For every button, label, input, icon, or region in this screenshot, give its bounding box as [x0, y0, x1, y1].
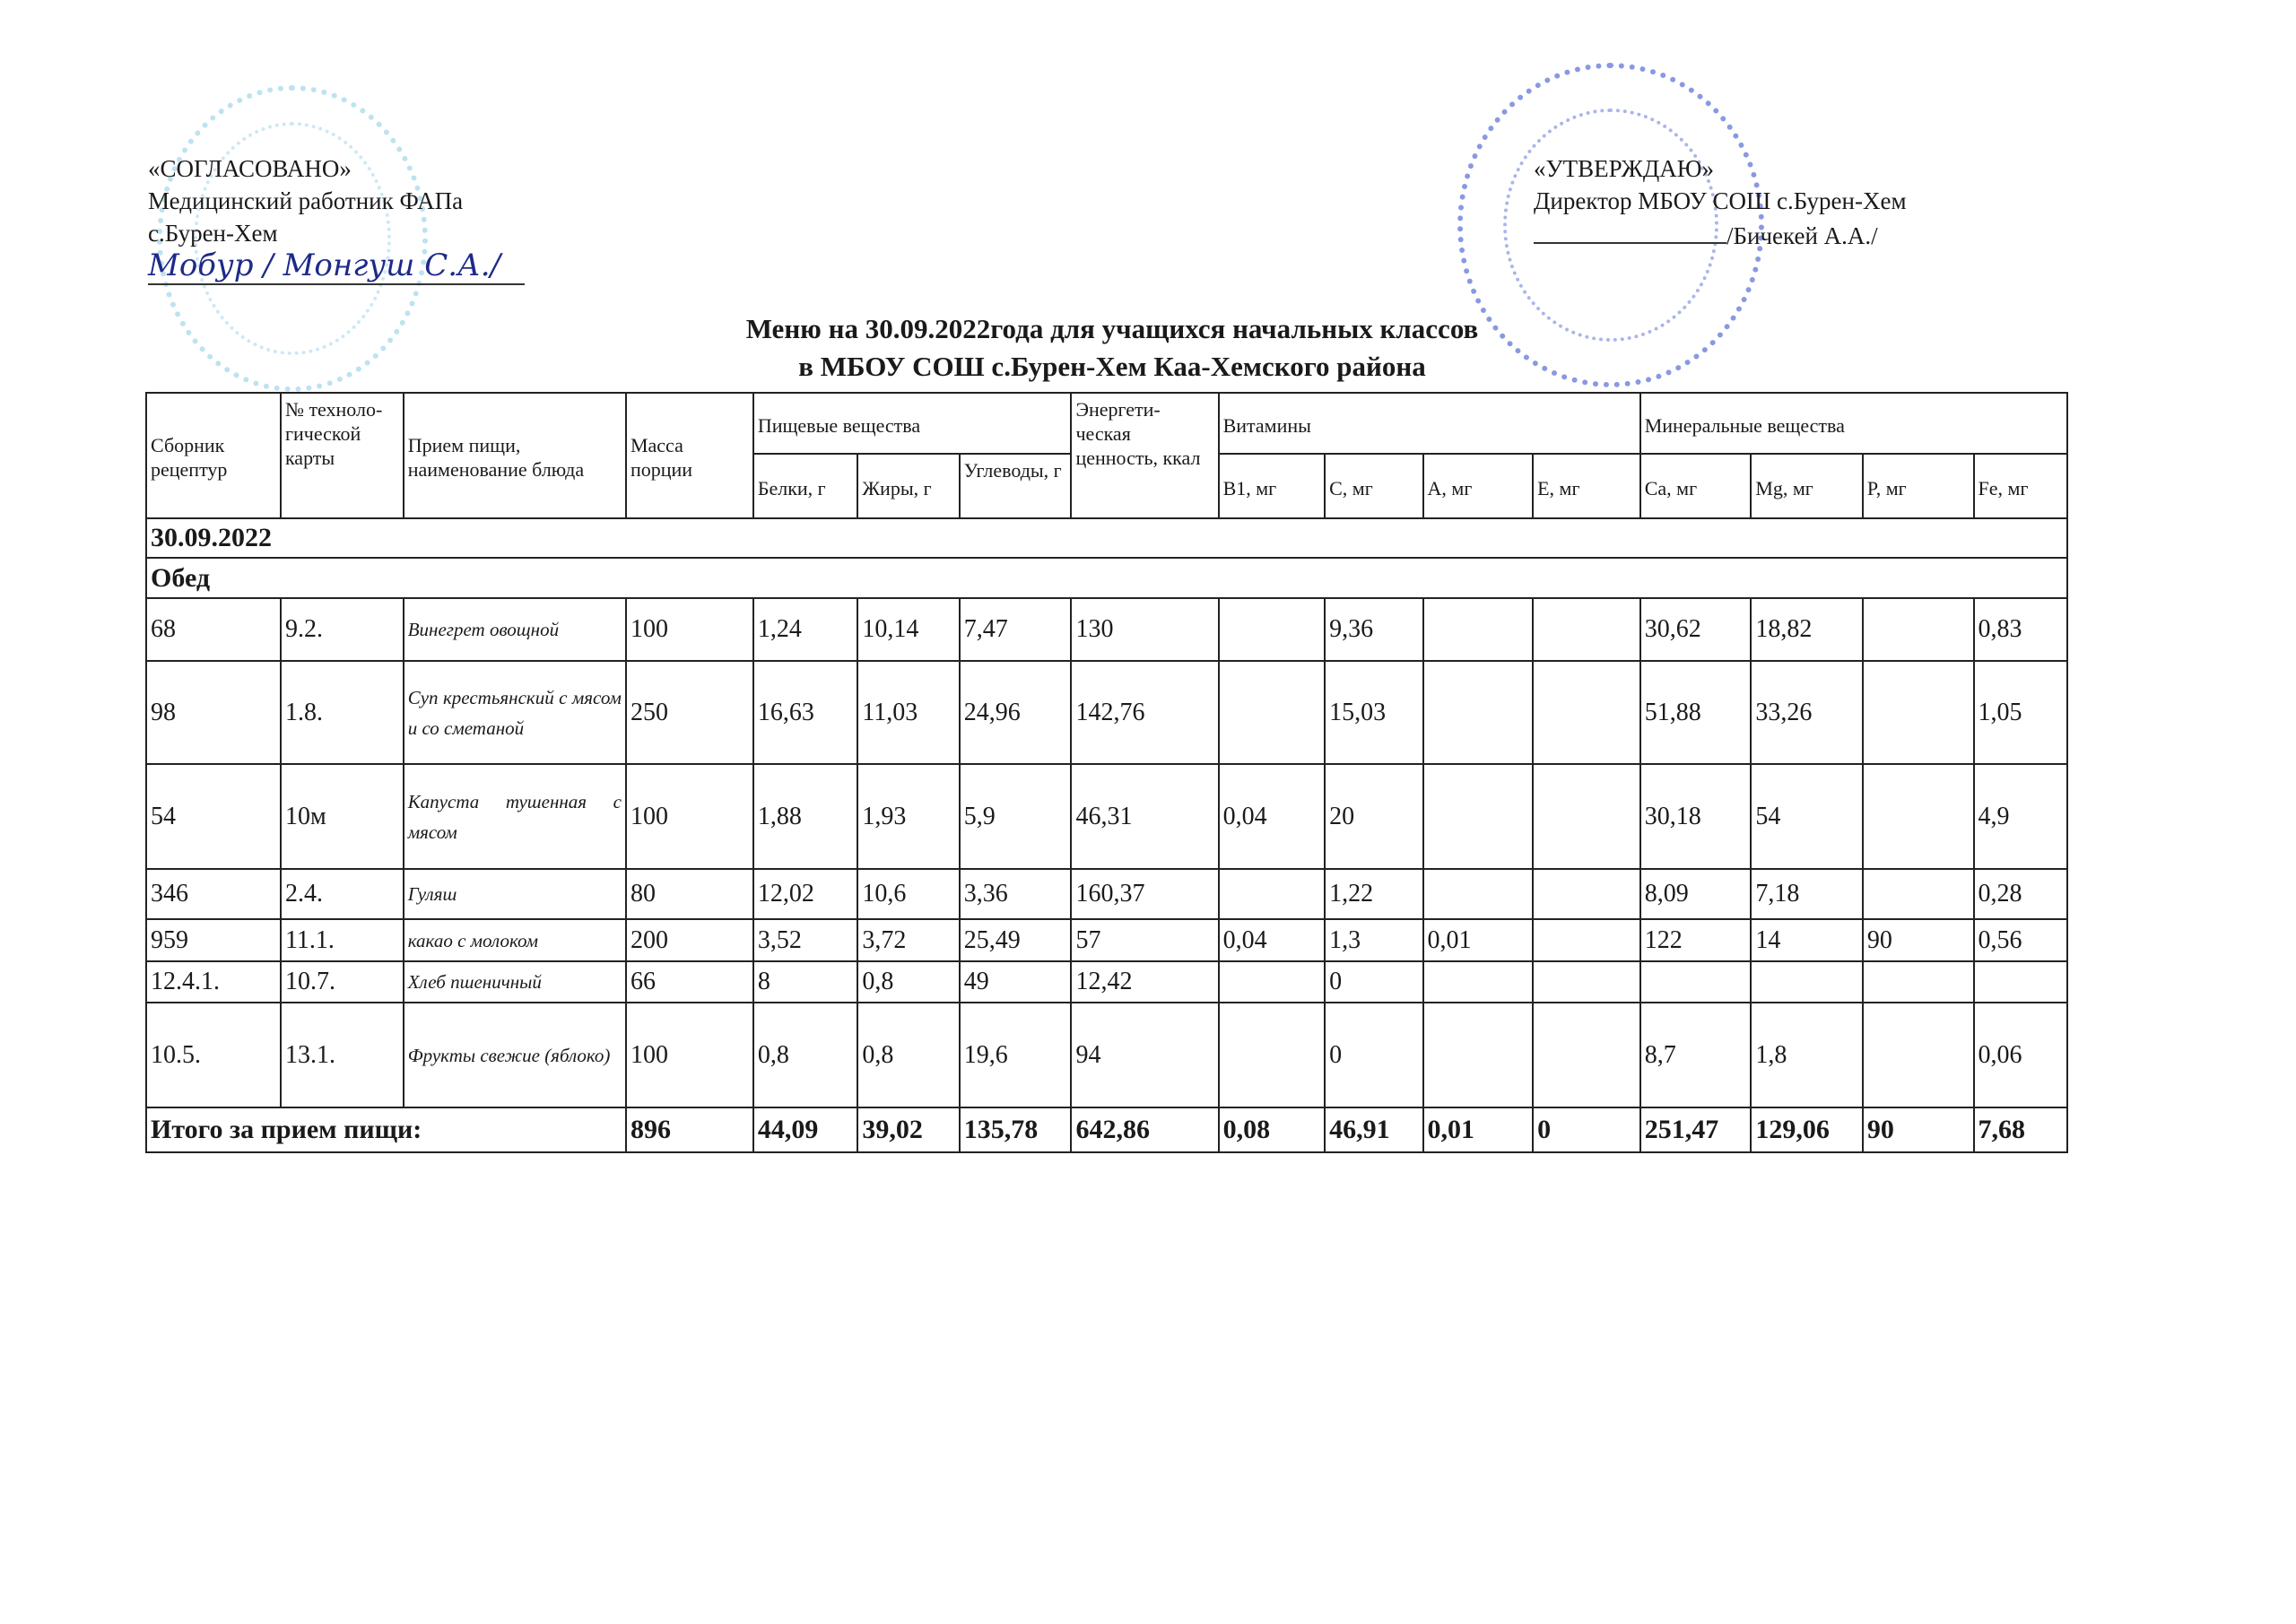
cell-dish: какао с молоком: [404, 919, 626, 961]
table-row: 5410мКапуста тушенная с мясом1001,881,93…: [146, 764, 2067, 869]
cell-a: [1423, 869, 1534, 919]
cell-protein: 8: [753, 961, 858, 1003]
cell-a: [1423, 661, 1534, 764]
cell-dish: Хлеб пшеничный: [404, 961, 626, 1003]
cell-mg: 33,26: [1751, 661, 1863, 764]
cell-dish: Суп крестьянский с мясом и со сметаной: [404, 661, 626, 764]
cell-b1: [1219, 661, 1326, 764]
approval-right-signature-line: [1534, 217, 1726, 244]
cell-energy: 12,42: [1071, 961, 1218, 1003]
cell-fat: 0,8: [857, 1003, 959, 1107]
table-row: 10.5.13.1.Фрукты свежие (яблоко)1000,80,…: [146, 1003, 2067, 1107]
cell-fat: 3,72: [857, 919, 959, 961]
cell-c: 0: [1325, 1003, 1422, 1107]
cell-ca: 122: [1640, 919, 1752, 961]
cell-a: [1423, 1003, 1534, 1107]
cell-a: 0,01: [1423, 919, 1534, 961]
cell-b1: [1219, 961, 1326, 1003]
meal-row: Обед: [146, 558, 2067, 598]
cell-fe: 0,28: [1974, 869, 2067, 919]
header-collection: Сборник рецептур: [146, 393, 281, 518]
cell-e: [1533, 1003, 1640, 1107]
cell-energy: 94: [1071, 1003, 1218, 1107]
cell-carbs: 49: [960, 961, 1072, 1003]
cell-fat: 10,6: [857, 869, 959, 919]
approval-left-signature: Мобур / Монгуш С.А./: [148, 248, 500, 283]
header-vitamins: Витамины: [1219, 393, 1640, 454]
cell-ca: 30,62: [1640, 598, 1752, 661]
cell-energy: 160,37: [1071, 869, 1218, 919]
table-row: 981.8.Суп крестьянский с мясом и со смет…: [146, 661, 2067, 764]
total-b1: 0,08: [1219, 1107, 1326, 1152]
total-p: 90: [1863, 1107, 1974, 1152]
cell-collection: 346: [146, 869, 281, 919]
header-row-1: Сборник рецептур № техноло-гической карт…: [146, 393, 2067, 454]
cell-fe: 0,83: [1974, 598, 2067, 661]
cell-e: [1533, 869, 1640, 919]
cell-b1: [1219, 1003, 1326, 1107]
total-ca: 251,47: [1640, 1107, 1752, 1152]
cell-mg: 14: [1751, 919, 1863, 961]
date-row: 30.09.2022: [146, 518, 2067, 558]
date-cell: 30.09.2022: [146, 518, 2067, 558]
header-fe: Fe, мг: [1974, 454, 2067, 518]
cell-c: 9,36: [1325, 598, 1422, 661]
cell-ca: [1640, 961, 1752, 1003]
cell-card: 2.4.: [281, 869, 404, 919]
cell-portion: 100: [626, 764, 753, 869]
cell-a: [1423, 598, 1534, 661]
cell-p: [1863, 869, 1974, 919]
header-nutrients: Пищевые вещества: [753, 393, 1072, 454]
table-row: 12.4.1.10.7.Хлеб пшеничный6680,84912,420: [146, 961, 2067, 1003]
cell-p: [1863, 961, 1974, 1003]
cell-a: [1423, 764, 1534, 869]
cell-portion: 100: [626, 1003, 753, 1107]
cell-b1: [1219, 869, 1326, 919]
total-carbs: 135,78: [960, 1107, 1072, 1152]
total-fat: 39,02: [857, 1107, 959, 1152]
cell-ca: 30,18: [1640, 764, 1752, 869]
cell-card: 10м: [281, 764, 404, 869]
table-row: 3462.4.Гуляш8012,0210,63,36160,371,228,0…: [146, 869, 2067, 919]
total-energy: 642,86: [1071, 1107, 1218, 1152]
cell-carbs: 25,49: [960, 919, 1072, 961]
header-meal-dish: Прием пищи, наименование блюда: [404, 393, 626, 518]
cell-dish: Фрукты свежие (яблоко): [404, 1003, 626, 1107]
cell-energy: 57: [1071, 919, 1218, 961]
cell-card: 10.7.: [281, 961, 404, 1003]
cell-energy: 130: [1071, 598, 1218, 661]
cell-e: [1533, 764, 1640, 869]
approval-block-right: «УТВЕРЖДАЮ» Директор МБОУ СОШ с.Бурен-Хе…: [1534, 152, 1907, 252]
cell-p: [1863, 1003, 1974, 1107]
cell-c: 15,03: [1325, 661, 1422, 764]
cell-c: 20: [1325, 764, 1422, 869]
cell-mg: [1751, 961, 1863, 1003]
cell-fe: 0,56: [1974, 919, 2067, 961]
cell-collection: 98: [146, 661, 281, 764]
cell-protein: 1,88: [753, 764, 858, 869]
cell-protein: 16,63: [753, 661, 858, 764]
cell-c: 1,22: [1325, 869, 1422, 919]
approval-right-name: /Бичекей А.А./: [1726, 222, 1878, 249]
cell-dish: Капуста тушенная с мясом: [404, 764, 626, 869]
cell-protein: 3,52: [753, 919, 858, 961]
table-row: 95911.1.какао с молоком2003,523,7225,495…: [146, 919, 2067, 961]
cell-a: [1423, 961, 1534, 1003]
cell-p: [1863, 764, 1974, 869]
cell-p: [1863, 661, 1974, 764]
cell-collection: 68: [146, 598, 281, 661]
approval-left-place: с.Бурен-Хем: [148, 217, 525, 249]
header-fat: Жиры, г: [857, 454, 959, 518]
cell-mg: 54: [1751, 764, 1863, 869]
cell-collection: 54: [146, 764, 281, 869]
total-protein: 44,09: [753, 1107, 858, 1152]
cell-energy: 46,31: [1071, 764, 1218, 869]
cell-collection: 12.4.1.: [146, 961, 281, 1003]
cell-carbs: 3,36: [960, 869, 1072, 919]
cell-ca: 51,88: [1640, 661, 1752, 764]
header-tech-card: № техноло-гической карты: [281, 393, 404, 518]
total-mg: 129,06: [1751, 1107, 1863, 1152]
cell-fe: 4,9: [1974, 764, 2067, 869]
cell-p: [1863, 598, 1974, 661]
cell-e: [1533, 961, 1640, 1003]
total-a: 0,01: [1423, 1107, 1534, 1152]
approval-right-role: Директор МБОУ СОШ с.Бурен-Хем: [1534, 185, 1907, 217]
cell-p: 90: [1863, 919, 1974, 961]
cell-carbs: 5,9: [960, 764, 1072, 869]
cell-card: 1.8.: [281, 661, 404, 764]
cell-c: 0: [1325, 961, 1422, 1003]
header-carbs: Углеводы, г: [960, 454, 1072, 518]
cell-carbs: 19,6: [960, 1003, 1072, 1107]
cell-collection: 959: [146, 919, 281, 961]
cell-b1: 0,04: [1219, 919, 1326, 961]
header-portion: Масса порции: [626, 393, 753, 518]
total-e: 0: [1533, 1107, 1640, 1152]
cell-ca: 8,09: [1640, 869, 1752, 919]
cell-e: [1533, 598, 1640, 661]
menu-table: Сборник рецептур № техноло-гической карт…: [145, 392, 2068, 1153]
cell-portion: 200: [626, 919, 753, 961]
cell-e: [1533, 919, 1640, 961]
cell-c: 1,3: [1325, 919, 1422, 961]
approval-right-heading: «УТВЕРЖДАЮ»: [1534, 152, 1907, 185]
cell-card: 11.1.: [281, 919, 404, 961]
cell-protein: 12,02: [753, 869, 858, 919]
cell-portion: 250: [626, 661, 753, 764]
header-c: C, мг: [1325, 454, 1422, 518]
cell-protein: 1,24: [753, 598, 858, 661]
cell-fat: 0,8: [857, 961, 959, 1003]
cell-b1: 0,04: [1219, 764, 1326, 869]
cell-fe: 1,05: [1974, 661, 2067, 764]
header-b1: B1, мг: [1219, 454, 1326, 518]
cell-ca: 8,7: [1640, 1003, 1752, 1107]
cell-collection: 10.5.: [146, 1003, 281, 1107]
cell-portion: 80: [626, 869, 753, 919]
header-energy: Энергети-ческая ценность, ккал: [1071, 393, 1218, 518]
header-protein: Белки, г: [753, 454, 858, 518]
cell-protein: 0,8: [753, 1003, 858, 1107]
header-p: P, мг: [1863, 454, 1974, 518]
approval-left-role: Медицинский работник ФАПа: [148, 185, 525, 217]
cell-fat: 10,14: [857, 598, 959, 661]
cell-carbs: 7,47: [960, 598, 1072, 661]
cell-energy: 142,76: [1071, 661, 1218, 764]
page-title-line1: Меню на 30.09.2022года для учащихся нача…: [0, 312, 2260, 346]
cell-fat: 11,03: [857, 661, 959, 764]
cell-portion: 66: [626, 961, 753, 1003]
total-portion: 896: [626, 1107, 753, 1152]
cell-fe: 0,06: [1974, 1003, 2067, 1107]
header-ca: Ca, мг: [1640, 454, 1752, 518]
cell-mg: 7,18: [1751, 869, 1863, 919]
cell-portion: 100: [626, 598, 753, 661]
header-mg: Mg, мг: [1751, 454, 1863, 518]
cell-dish: Гуляш: [404, 869, 626, 919]
cell-dish: Винегрет овощной: [404, 598, 626, 661]
total-fe: 7,68: [1974, 1107, 2067, 1152]
cell-card: 13.1.: [281, 1003, 404, 1107]
table-row: 689.2.Винегрет овощной1001,2410,147,4713…: [146, 598, 2067, 661]
header-e: E, мг: [1533, 454, 1640, 518]
header-minerals: Минеральные вещества: [1640, 393, 2067, 454]
cell-card: 9.2.: [281, 598, 404, 661]
cell-e: [1533, 661, 1640, 764]
total-label: Итого за прием пищи:: [146, 1107, 626, 1152]
total-c: 46,91: [1325, 1107, 1422, 1152]
total-row: Итого за прием пищи: 896 44,09 39,02 135…: [146, 1107, 2067, 1152]
cell-fat: 1,93: [857, 764, 959, 869]
approval-left-heading: «СОГЛАСОВАНО»: [148, 152, 525, 185]
cell-b1: [1219, 598, 1326, 661]
cell-fe: [1974, 961, 2067, 1003]
cell-mg: 18,82: [1751, 598, 1863, 661]
page-title-line2: в МБОУ СОШ с.Бурен-Хем Каа-Хемского райо…: [0, 350, 2260, 384]
approval-block-left: «СОГЛАСОВАНО» Медицинский работник ФАПа …: [148, 152, 525, 285]
cell-mg: 1,8: [1751, 1003, 1863, 1107]
header-a: A, мг: [1423, 454, 1534, 518]
meal-cell: Обед: [146, 558, 2067, 598]
cell-carbs: 24,96: [960, 661, 1072, 764]
